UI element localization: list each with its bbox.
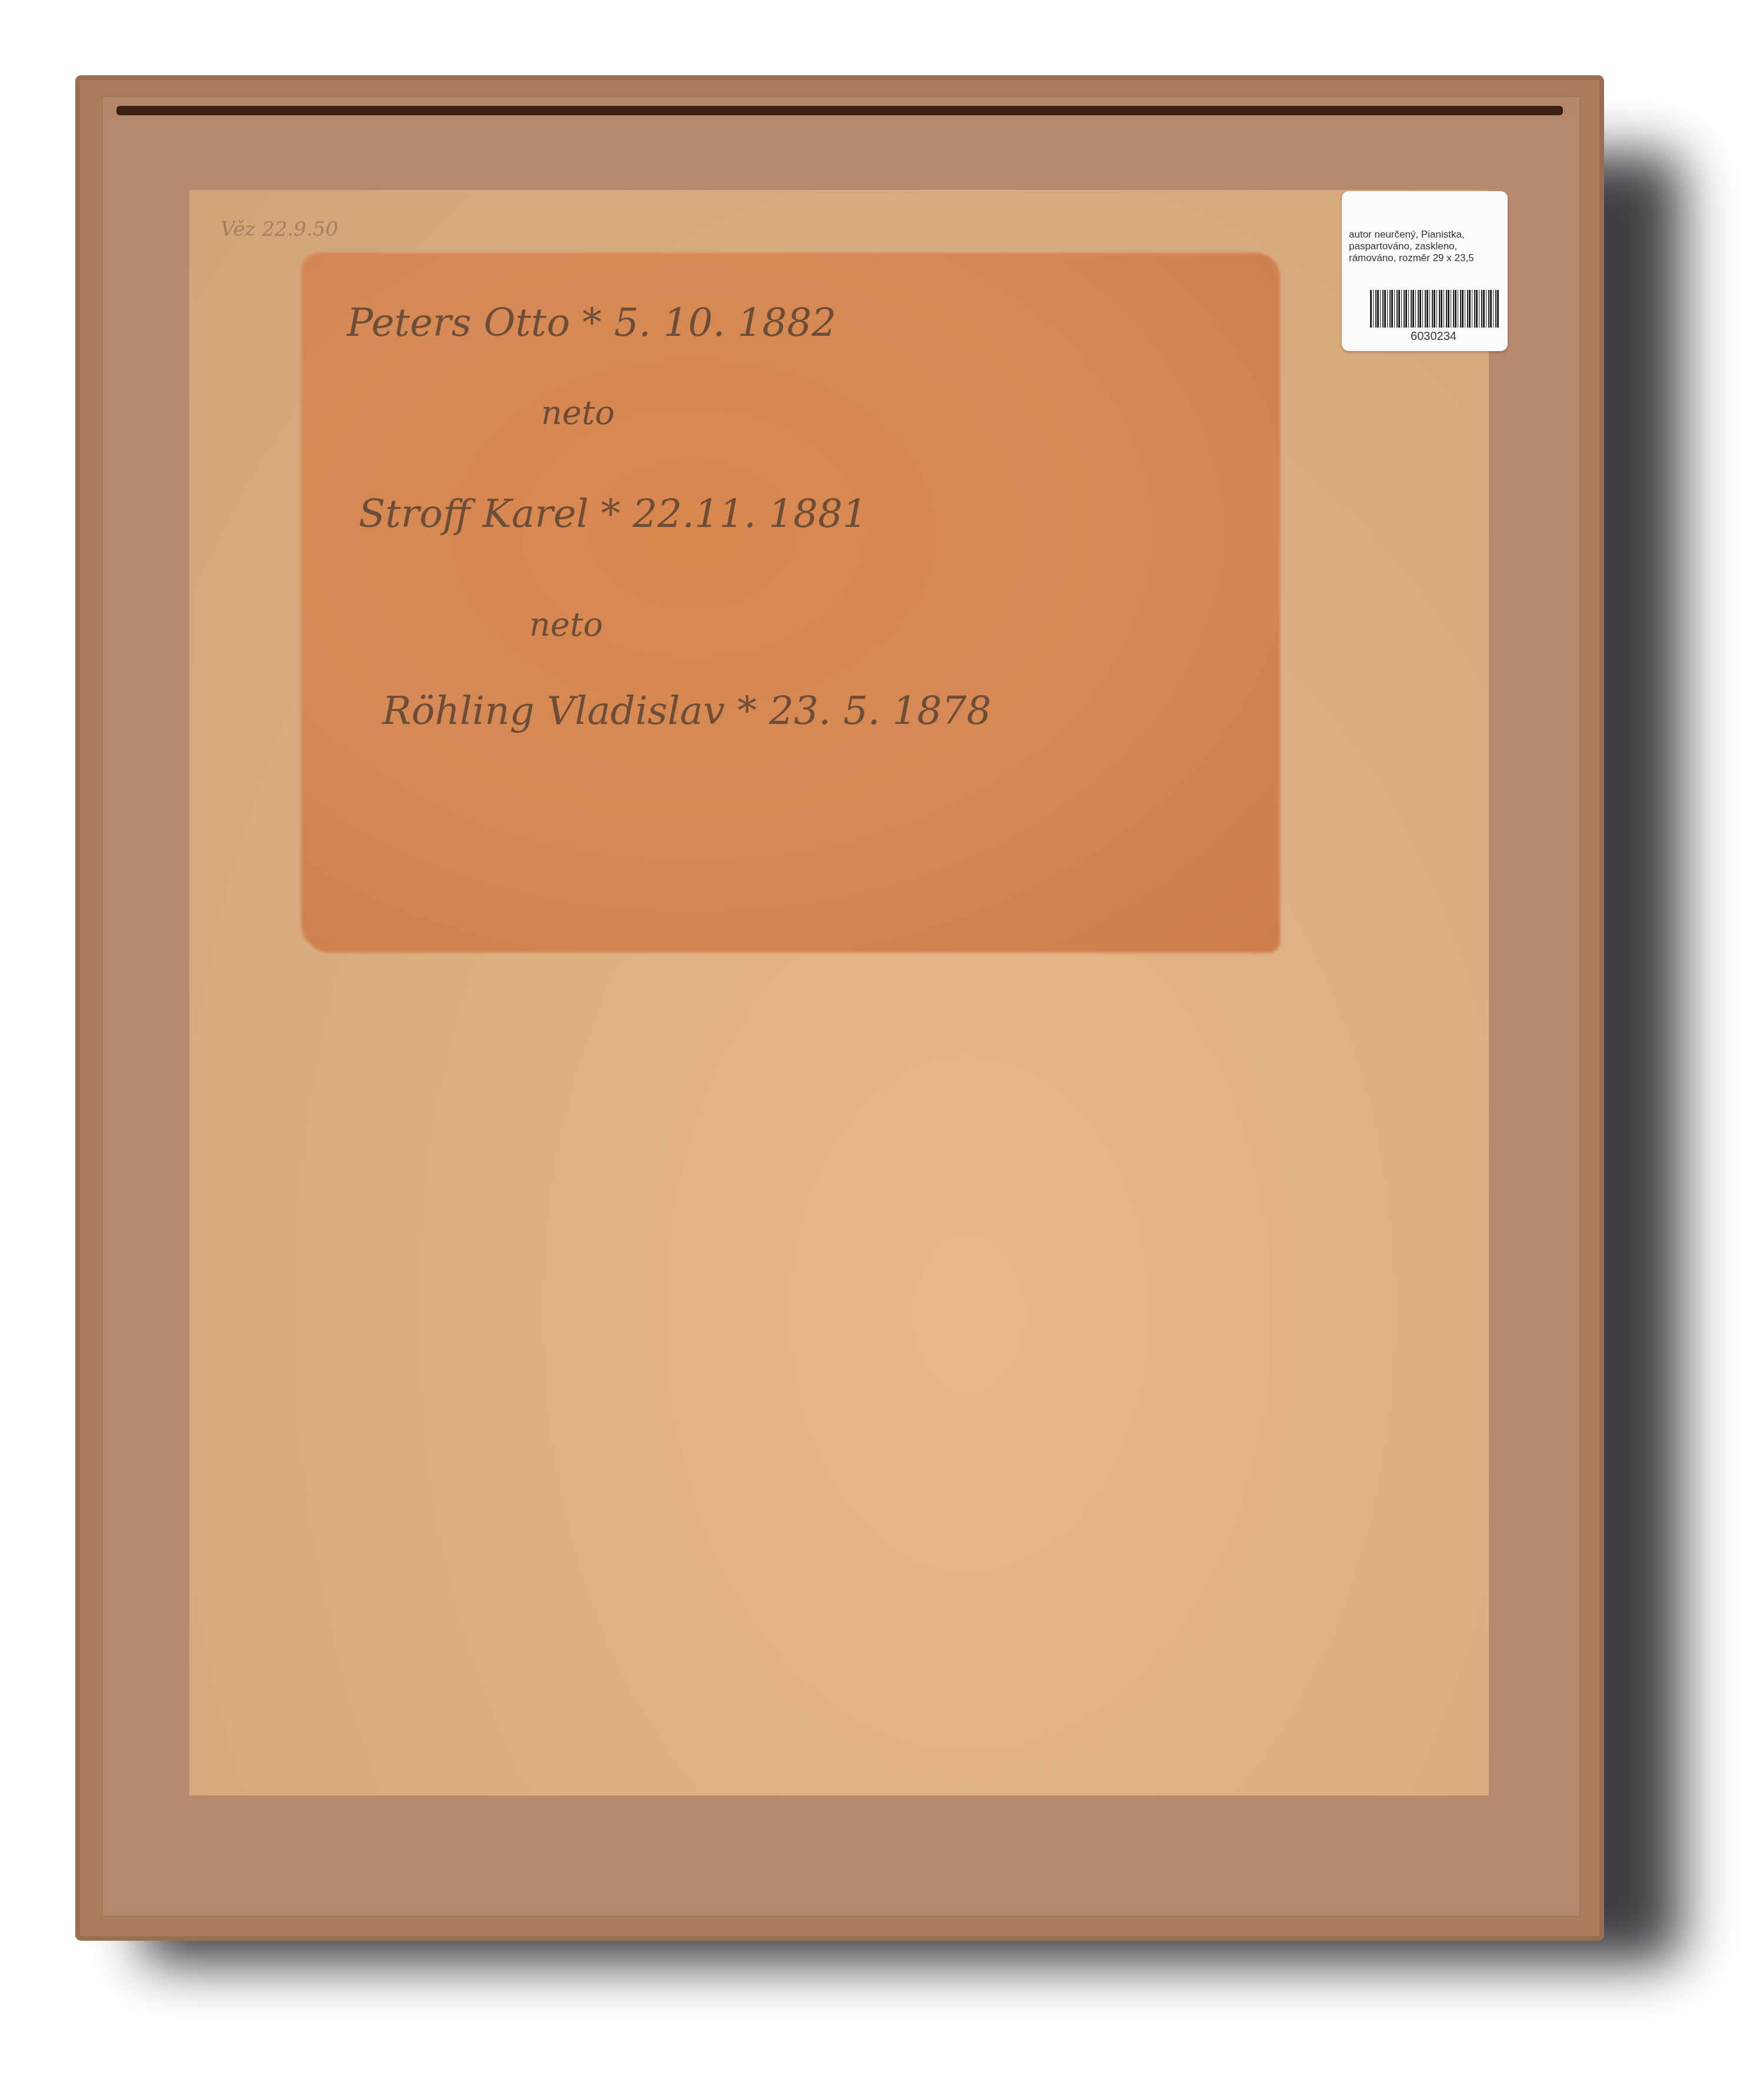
label-description: autor neurčený, Pianistka, paspartováno,…: [1349, 229, 1502, 264]
tape-bottom: [109, 1795, 1576, 1913]
corner-pencil-note: Věz 22.9.50: [220, 218, 338, 241]
tape-top: [109, 118, 1576, 190]
tape-left: [109, 118, 189, 1913]
barcode-icon: [1370, 290, 1499, 328]
tape-right: [1489, 118, 1576, 1913]
inventory-label: autor neurčený, Pianistka, paspartováno,…: [1342, 191, 1508, 351]
handwriting-line-3: Stroff Karel * 22.11. 1881: [359, 491, 867, 536]
barcode-number: 6030234: [1342, 330, 1508, 343]
watercolor-stain: [301, 253, 1280, 953]
handwriting-line-1: Peters Otto * 5. 10. 1882: [347, 300, 836, 345]
handwriting-line-4: neto: [529, 606, 603, 644]
handwriting-line-5: Röhling Vladislav * 23. 5. 1878: [382, 688, 991, 733]
handwriting-line-2: neto: [541, 394, 614, 432]
frame-gap: [116, 106, 1563, 115]
